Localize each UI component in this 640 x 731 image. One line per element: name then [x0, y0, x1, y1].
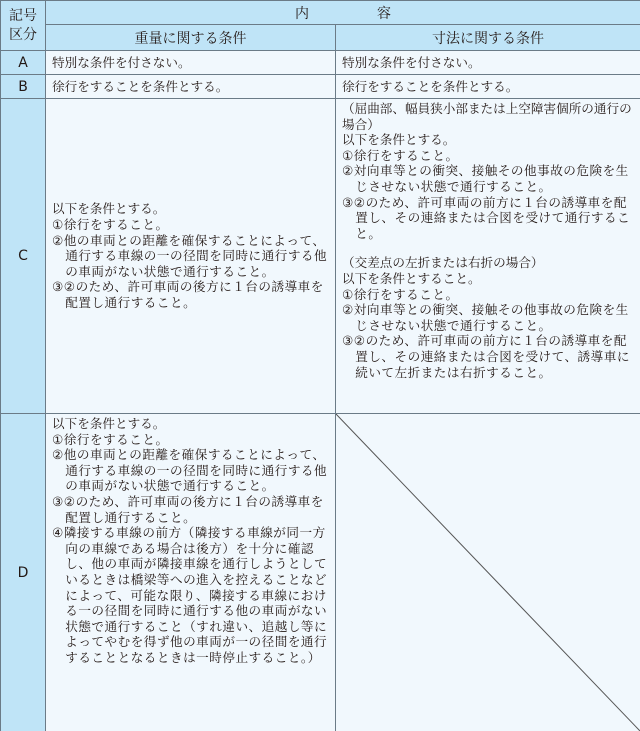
section-heading: （屈曲部、幅員狭小部または上空障害個所の通行の場合）	[342, 101, 636, 132]
row-code: D	[1, 414, 46, 731]
condition-text: 特別な条件を付さない。	[52, 55, 331, 71]
row-code: B	[1, 75, 46, 99]
code-header-line: 区分	[1, 26, 45, 45]
section-spacer	[342, 241, 636, 255]
table-row-a: A 特別な条件を付さない。 特別な条件を付さない。	[1, 51, 640, 75]
condition-item: ①徐行をすること。	[52, 217, 331, 233]
condition-item: ④隣接する車線の前方（隣接する車線が同一方向の車線である場合は後方）を十分に確認…	[52, 525, 331, 665]
condition-item: ③②のため、許可車両の前方に１台の誘導車を配置し、その連絡または合図を受けて、誘…	[342, 333, 636, 380]
weight-condition-cell: 以下を条件とする。 ①徐行をすること。 ②他の車両との距離を確保することによって…	[46, 414, 336, 731]
conditions-table: 記号 区分 内容 重量に関する条件 寸法に関する条件 A 特別な条件を付さない。…	[0, 0, 640, 731]
code-header-line: 記号	[1, 7, 45, 26]
content-header: 内容	[46, 1, 640, 25]
condition-item: ③②のため、許可車両の後方に１台の誘導車を配置し通行すること。	[52, 279, 331, 310]
condition-intro: 以下を条件とすること。	[342, 271, 636, 287]
code-column-header: 記号 区分	[1, 1, 46, 51]
size-conditions-header: 寸法に関する条件	[336, 25, 640, 51]
condition-item: ①徐行をすること。	[342, 148, 636, 164]
content-header-char: 容	[377, 6, 391, 22]
condition-text: 特別な条件を付さない。	[342, 55, 636, 71]
condition-intro: 以下を条件とする。	[52, 416, 331, 432]
condition-item: ②対向車等との衝突、接触その他事故の危険を生じさせない状態で通行すること。	[342, 302, 636, 333]
condition-intro: 以下を条件とする。	[342, 132, 636, 148]
condition-intro: 以下を条件とする。	[52, 201, 331, 217]
condition-item: ②対向車等との衝突、接触その他事故の危険を生じさせない状態で通行すること。	[342, 163, 636, 194]
condition-text: 徐行をすることを条件とする。	[52, 79, 331, 95]
condition-item: ①徐行をすること。	[52, 432, 331, 448]
weight-conditions-header: 重量に関する条件	[46, 25, 336, 51]
condition-item: ②他の車両との距離を確保することによって、通行する車線の一の径間を同時に通行する…	[52, 233, 331, 280]
weight-condition-cell: 以下を条件とする。 ①徐行をすること。 ②他の車両との距離を確保することによって…	[46, 99, 336, 414]
size-condition-cell: 徐行をすることを条件とする。	[336, 75, 640, 99]
size-condition-cell: 特別な条件を付さない。	[336, 51, 640, 75]
weight-condition-cell: 特別な条件を付さない。	[46, 51, 336, 75]
table-row-b: B 徐行をすることを条件とする。 徐行をすることを条件とする。	[1, 75, 640, 99]
row-code: A	[1, 51, 46, 75]
condition-item: ③②のため、許可車両の後方に１台の誘導車を配置し通行すること。	[52, 494, 331, 525]
section-heading: （交差点の左折または右折の場合）	[342, 255, 636, 271]
size-condition-cell: （屈曲部、幅員狭小部または上空障害個所の通行の場合） 以下を条件とする。 ①徐行…	[336, 99, 640, 414]
table-row-d: D 以下を条件とする。 ①徐行をすること。 ②他の車両との距離を確保することによ…	[1, 414, 640, 731]
condition-item: ③②のため、許可車両の前方に１台の誘導車を配置し、その連絡または合図を受けて通行…	[342, 195, 636, 242]
table-row-c: C 以下を条件とする。 ①徐行をすること。 ②他の車両との距離を確保することによ…	[1, 99, 640, 414]
row-code: C	[1, 99, 46, 414]
condition-item: ②他の車両との距離を確保することによって、通行する車線の一の径間を同時に通行する…	[52, 447, 331, 494]
diagonal-slash-icon	[336, 414, 640, 731]
content-header-char: 内	[295, 6, 309, 22]
condition-item: ①徐行をすること。	[342, 287, 636, 303]
weight-condition-cell: 徐行をすることを条件とする。	[46, 75, 336, 99]
condition-text: 徐行をすることを条件とする。	[342, 79, 636, 95]
size-condition-cell-not-applicable	[336, 414, 640, 731]
